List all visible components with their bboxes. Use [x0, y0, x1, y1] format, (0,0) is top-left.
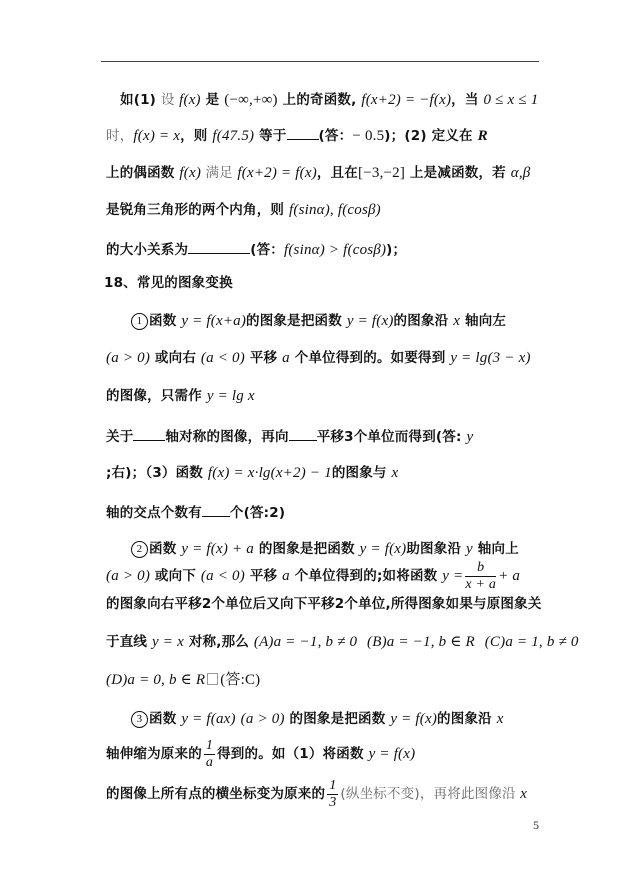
math: x — [497, 711, 504, 727]
answer-blank[interactable] — [287, 125, 319, 140]
item2-line-3: 的图象向右平移2个单位后又向下平移2个单位,所得图象如果与原图象关 — [106, 595, 542, 613]
text: 函数 — [149, 313, 181, 329]
text: 或向下 — [150, 568, 201, 584]
answer-blank[interactable] — [289, 426, 317, 441]
math: f(47.5) — [212, 128, 254, 144]
math: y = x — [152, 634, 184, 650]
item3-line-2: 轴伸缩为原来的1a得到的。如（1）将函数 y = f(x) — [106, 736, 415, 772]
text: 关于 — [106, 429, 133, 445]
text: 个(答:2) — [230, 505, 285, 521]
item1-line-5: ;右)；（3）函数 f(x) = x·lg(x+2) − 1的图象与 x — [106, 464, 398, 482]
answer: (答:C) — [220, 672, 260, 688]
numerator: 1 — [327, 778, 338, 795]
math: f(sinα), f(cosβ) — [289, 202, 381, 218]
missing-glyph-icon — [207, 673, 218, 685]
item2-line-1: 2函数 y = f(x) + a 的图象是把函数 y = f(x)助图象沿 y … — [131, 540, 519, 558]
math: y = f(x) — [390, 711, 437, 727]
text: 的图象与 — [332, 465, 392, 481]
math: (a > 0) — [241, 711, 285, 727]
math: y = lg(3 − x) — [450, 350, 530, 366]
item1-line-6: 轴的交点个数有个(答:2) — [106, 502, 285, 522]
math: (a < 0) — [201, 568, 245, 584]
answer-blank[interactable] — [133, 426, 165, 441]
text: 的图象是把函数 — [285, 711, 391, 727]
example-line-1: 如(1) 设 f(x) 是 (−∞,+∞) 上的奇函数, f(x+2) = −f… — [120, 91, 538, 109]
circled-number-icon: 1 — [131, 313, 148, 330]
text: 等于 — [254, 128, 286, 144]
math: (a > 0) — [106, 568, 150, 584]
example-line-3: 上的偶函数 f(x) 满足 f(x+2) = f(x)，且在[−3,−2] 上是… — [106, 164, 530, 182]
text: 或向右 — [150, 350, 201, 366]
page-number: 5 — [533, 818, 539, 833]
item3-line-3: 的图像上所有点的横坐标变为原来的13(纵坐标不变)，再将此图像沿 x — [106, 776, 527, 812]
header-rule — [101, 61, 539, 62]
text: 轴向上 — [473, 541, 519, 557]
math: − 0.5 — [352, 128, 384, 144]
circled-number-icon: 3 — [131, 711, 148, 728]
math: y = f(ax) — [181, 711, 235, 727]
text: (答： — [319, 128, 353, 144]
text: ，且在 — [317, 165, 358, 181]
text: (纵坐标不变)，再将此图像沿 — [340, 786, 520, 802]
math: f(x+2) = f(x) — [237, 165, 316, 181]
math: a — [282, 568, 290, 584]
text: 对称,那么 — [184, 634, 254, 650]
math: x — [520, 786, 527, 802]
math: (a < 0) — [201, 350, 245, 366]
text: 的图象沿 — [437, 711, 497, 727]
text: 平移 — [245, 568, 282, 584]
math: y = f(x) + a — [181, 541, 254, 557]
text: 的图象沿 — [394, 313, 454, 329]
math: f(x+2) = −f(x) — [361, 92, 451, 108]
math: y = f(x+a) — [181, 313, 246, 329]
math: f(x) — [179, 92, 201, 108]
text: 函数 — [149, 711, 181, 727]
fraction: bx + a — [465, 560, 496, 593]
option-a: (A)a = −1, b ≠ 0 — [254, 634, 357, 650]
option-b: (B)a = −1, b ∈ R — [367, 634, 475, 650]
example-line-5: 的大小关系为(答：f(sinα) > f(cosβ))； — [106, 239, 406, 259]
text: 得到的。如（1）将函数 — [217, 746, 369, 762]
text: 轴向左 — [460, 313, 506, 329]
math: R — [478, 128, 488, 144]
item2-line-4: 于直线 y = x 对称,那么 (A)a = −1, b ≠ 0 (B)a = … — [106, 633, 579, 651]
numerator: 1 — [204, 738, 215, 755]
math: a — [282, 350, 290, 366]
text: 的图像上所有点的横坐标变为原来的 — [106, 786, 325, 802]
item1-line-1: 1函数 y = f(x+a)的图象是把函数 y = f(x)的图象沿 x 轴向左 — [131, 312, 506, 330]
text: 上的偶函数 — [106, 165, 179, 181]
example-line-2: 时，f(x) = x，则 f(47.5) 等于(答：− 0.5)；(2) 定义在… — [106, 125, 488, 145]
math: y — [466, 541, 473, 557]
text: 是锐角三角形的两个内角，则 — [106, 202, 289, 218]
text: 的图像，只需作 — [106, 388, 207, 404]
fraction: 13 — [327, 778, 338, 811]
denominator: x + a — [465, 577, 496, 593]
text: ，当 — [451, 92, 483, 108]
text: )； — [386, 242, 406, 258]
denominator: 3 — [327, 795, 338, 811]
math: f(x) = x — [133, 128, 180, 144]
section-heading: 18、常见的图象变换 — [104, 274, 233, 292]
math: y = f(x) — [347, 313, 394, 329]
text: 的图象是把函数 — [246, 313, 347, 329]
text: 上是减函数，若 — [405, 165, 511, 181]
math: f(x) = x·lg(x+2) − 1 — [208, 465, 332, 481]
math: y = — [442, 568, 463, 584]
option-c: (C)a = 1, b ≠ 0 — [485, 634, 579, 650]
math: y = f(x) — [369, 746, 416, 762]
text: 是 — [201, 92, 225, 108]
math: α,β — [511, 165, 531, 181]
text: )；(2) 定义在 — [384, 128, 477, 144]
item2-line-2: (a > 0) 或向下 (a < 0) 平移 a 个单位得到的;如将函数 y =… — [106, 558, 520, 594]
section-title: 18、常见的图象变换 — [104, 275, 233, 291]
text: 函数 — [149, 541, 181, 557]
answer-blank[interactable] — [202, 502, 230, 517]
text: 平移3个单位而得到(答: — [317, 429, 467, 445]
denominator: a — [204, 755, 215, 771]
math: x — [392, 465, 399, 481]
text: 轴的交点个数有 — [106, 505, 202, 521]
text: 轴伸缩为原来的 — [106, 746, 202, 762]
text: 于直线 — [106, 634, 152, 650]
item1-line-2: (a > 0) 或向右 (a < 0) 平移 a 个单位得到的。如要得到 y =… — [106, 349, 531, 367]
math: f(sinα) > f(cosβ) — [284, 242, 386, 258]
circled-number-icon: 2 — [131, 541, 148, 558]
text: 轴对称的图像，再向 — [165, 429, 288, 445]
option-d: (D)a = 0, b ∈ R — [106, 672, 205, 688]
text: 如(1) — [120, 92, 161, 108]
text: 满足 — [201, 165, 237, 181]
math: [−3,−2] — [358, 165, 405, 181]
text: 时， — [106, 128, 133, 144]
text: 助图象沿 — [406, 541, 466, 557]
math: y = lg x — [207, 388, 255, 404]
fraction: 1a — [204, 738, 215, 771]
text: 平移 — [245, 350, 282, 366]
numerator: b — [465, 560, 496, 577]
text: 个单位得到的。如要得到 — [290, 350, 451, 366]
example-line-4: 是锐角三角形的两个内角，则 f(sinα), f(cosβ) — [106, 201, 381, 219]
text: ，则 — [180, 128, 212, 144]
text: 的图象是把函数 — [254, 541, 360, 557]
math: y = f(x) — [360, 541, 407, 557]
item3-line-1: 3函数 y = f(ax) (a > 0) 的图象是把函数 y = f(x)的图… — [131, 710, 504, 728]
math: 0 ≤ x ≤ 1 — [483, 92, 538, 108]
math: (a > 0) — [106, 350, 150, 366]
text: ;右)；（3）函数 — [106, 465, 208, 481]
text: 上的奇函数, — [278, 92, 362, 108]
text: (答： — [250, 242, 284, 258]
text: 设 — [161, 92, 179, 108]
math: + a — [498, 568, 520, 584]
math: f(x) — [179, 165, 201, 181]
math: (−∞,+∞) — [224, 92, 277, 108]
item2-line-5: (D)a = 0, b ∈ R(答:C) — [106, 671, 260, 689]
math: y — [466, 429, 473, 445]
answer-blank[interactable] — [188, 239, 250, 254]
text: 的图象向右平移2个单位后又向下平移2个单位,所得图象如果与原图象关 — [106, 596, 542, 612]
item1-line-4: 关于轴对称的图像，再向平移3个单位而得到(答: y — [106, 426, 473, 446]
text: 个单位得到的;如将函数 — [290, 568, 442, 584]
text: 的大小关系为 — [106, 242, 188, 258]
item1-line-3: 的图像，只需作 y = lg x — [106, 387, 255, 405]
